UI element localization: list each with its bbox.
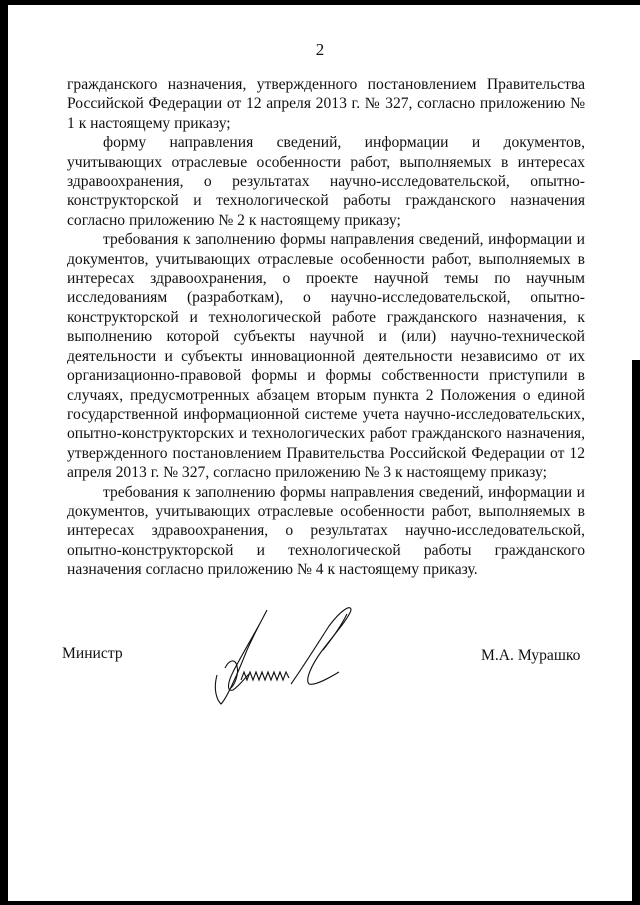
paragraph-2: форму направления сведений, информации и… [67,133,585,230]
paragraph-3: требования к заполнению формы направлени… [67,230,585,482]
signer-name: М.А. Мурашко [481,647,580,665]
paragraph-1: гражданского назначения, утвержденного п… [67,75,585,133]
position-title: Министр [62,645,123,663]
document-body: гражданского назначения, утвержденного п… [67,75,585,580]
scan-border-top [0,0,640,5]
paragraph-4: требования к заполнению формы направлени… [67,483,585,580]
signature-icon [205,600,385,710]
scan-border-left [0,0,8,905]
page-number: 2 [0,40,640,60]
scan-border-bottom [0,901,640,905]
signature-block: Министр М.А. Мурашко [0,600,640,720]
